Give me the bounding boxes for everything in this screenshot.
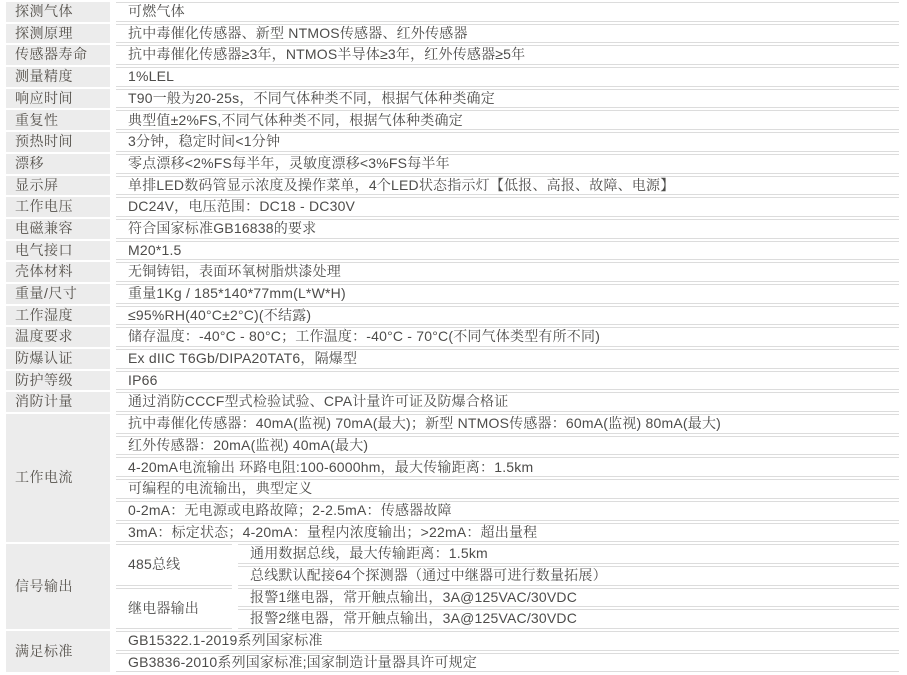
row-label-detected-gas: 探测气体: [6, 2, 110, 22]
row-value: ≤95%RH(40°C±2°C)(不结露): [116, 306, 899, 326]
spec-row: 温度要求 储存温度：-40°C - 80°C；工作温度：-40°C - 70°C…: [6, 327, 899, 347]
group-label-working-current: 工作电流: [6, 414, 110, 542]
row-label-housing-material: 壳体材料: [6, 262, 110, 282]
spec-row: 可编程的电流输出，典型定义: [6, 479, 899, 499]
row-value: 零点漂移<2%FS每半年，灵敏度漂移<3%FS每半年: [116, 154, 899, 174]
spec-row-group-working-current: 工作电流 抗中毒催化传感器：40mA(监视) 70mA(最大)；新型 NTMOS…: [6, 414, 899, 434]
row-value: 抗中毒催化传感器≥3年，NTMOS半导体≥3年，红外传感器≥5年: [116, 45, 899, 65]
row-value: 抗中毒催化传感器、新型 NTMOS传感器、红外传感器: [116, 24, 899, 44]
spec-row: 测量精度 1%LEL: [6, 67, 899, 87]
signal-output-line: 报警2继电器，常开触点输出，3A@125VAC/30VDC: [238, 609, 899, 629]
row-value: 1%LEL: [116, 67, 899, 87]
row-label-explosion-proof-cert: 防爆认证: [6, 349, 110, 369]
group-label-standards: 满足标准: [6, 631, 110, 672]
row-value: DC24V，电压范围：DC18 - DC30V: [116, 197, 899, 217]
spec-row: 0-2mA：无电源或电路故障；2-2.5mA：传感器故障: [6, 501, 899, 521]
row-label-accuracy: 测量精度: [6, 67, 110, 87]
row-label-response-time: 响应时间: [6, 89, 110, 109]
working-current-line: 红外传感器：20mA(监视) 40mA(最大): [116, 436, 899, 456]
row-label-display: 显示屏: [6, 176, 110, 196]
row-label-fire-metrology: 消防计量: [6, 392, 110, 412]
spec-row: 重量/尺寸 重量1Kg / 185*140*77mm(L*W*H): [6, 284, 899, 304]
row-value: 无铜铸铝，表面环氧树脂烘漆处理: [116, 262, 899, 282]
row-label-electrical-interface: 电气接口: [6, 241, 110, 261]
row-label-detection-principle: 探测原理: [6, 24, 110, 44]
group-label-signal-output: 信号输出: [6, 544, 110, 629]
spec-row: 预热时间 3分钟，稳定时间<1分钟: [6, 132, 899, 152]
spec-row: 探测原理 抗中毒催化传感器、新型 NTMOS传感器、红外传感器: [6, 24, 899, 44]
row-label-repeatability: 重复性: [6, 110, 110, 130]
working-current-line: 0-2mA：无电源或电路故障；2-2.5mA：传感器故障: [116, 501, 899, 521]
spec-row: 4-20mA电流输出 环路电阻:100-6000hm，最大传输距离：1.5km: [6, 457, 899, 477]
row-label-temperature-requirement: 温度要求: [6, 327, 110, 347]
spec-row: 防爆认证 Ex dIIC T6Gb/DIPA20TAT6，隔爆型: [6, 349, 899, 369]
working-current-line: 3mA：标定状态；4-20mA：量程内浓度输出；>22mA：超出量程: [116, 523, 899, 543]
spec-row: 重复性 典型值±2%FS,不同气体种类不同，根据气体种类确定: [6, 110, 899, 130]
row-value: 可燃气体: [116, 2, 899, 22]
spec-row: 响应时间 T90一般为20-25s，不同气体种类不同，根据气体种类确定: [6, 89, 899, 109]
row-value: 储存温度：-40°C - 80°C；工作温度：-40°C - 70°C(不同气体…: [116, 327, 899, 347]
row-label-operating-humidity: 工作湿度: [6, 306, 110, 326]
spec-row: GB3836-2010系列国家标准;国家制造计量器具许可规定: [6, 653, 899, 673]
spec-row: 工作电压 DC24V，电压范围：DC18 - DC30V: [6, 197, 899, 217]
working-current-line: 抗中毒催化传感器：40mA(监视) 70mA(最大)；新型 NTMOS传感器：6…: [116, 414, 899, 434]
spec-row: 电气接口 M20*1.5: [6, 241, 899, 261]
sub-label-485-bus: 485总线: [116, 544, 232, 585]
row-value: 单排LED数码管显示浓度及操作菜单，4个LED状态指示灯【低报、高报、故障、电源…: [116, 176, 899, 196]
spec-row: 红外传感器：20mA(监视) 40mA(最大): [6, 436, 899, 456]
spec-row: 传感器寿命 抗中毒催化传感器≥3年，NTMOS半导体≥3年，红外传感器≥5年: [6, 45, 899, 65]
standards-line: GB3836-2010系列国家标准;国家制造计量器具许可规定: [116, 653, 899, 673]
signal-output-line: 通用数据总线，最大传输距离：1.5km: [238, 544, 899, 564]
spec-row: 壳体材料 无铜铸铝，表面环氧树脂烘漆处理: [6, 262, 899, 282]
row-value: 重量1Kg / 185*140*77mm(L*W*H): [116, 284, 899, 304]
row-value: 典型值±2%FS,不同气体种类不同，根据气体种类确定: [116, 110, 899, 130]
spec-row: 电磁兼容 符合国家标准GB16838的要求: [6, 219, 899, 239]
row-value: Ex dIIC T6Gb/DIPA20TAT6，隔爆型: [116, 349, 899, 369]
spec-row: 漂移 零点漂移<2%FS每半年，灵敏度漂移<3%FS每半年: [6, 154, 899, 174]
working-current-line: 可编程的电流输出，典型定义: [116, 479, 899, 499]
row-label-protection-rating: 防护等级: [6, 371, 110, 391]
spec-row: 探测气体 可燃气体: [6, 2, 899, 22]
spec-row: 显示屏 单排LED数码管显示浓度及操作菜单，4个LED状态指示灯【低报、高报、故…: [6, 176, 899, 196]
row-label-operating-voltage: 工作电压: [6, 197, 110, 217]
sub-label-relay-output: 继电器输出: [116, 588, 232, 629]
row-value: T90一般为20-25s，不同气体种类不同，根据气体种类确定: [116, 89, 899, 109]
standards-line: GB15322.1-2019系列国家标准: [116, 631, 899, 651]
row-label-sensor-life: 传感器寿命: [6, 45, 110, 65]
row-value: 3分钟，稳定时间<1分钟: [116, 132, 899, 152]
row-label-emc: 电磁兼容: [6, 219, 110, 239]
row-label-warmup-time: 预热时间: [6, 132, 110, 152]
row-value: 符合国家标准GB16838的要求: [116, 219, 899, 239]
row-value: M20*1.5: [116, 241, 899, 261]
spec-table: 探测气体 可燃气体 探测原理 抗中毒催化传感器、新型 NTMOS传感器、红外传感…: [0, 0, 905, 674]
row-value: IP66: [116, 371, 899, 391]
spec-row: 消防计量 通过消防CCCF型式检验试验、CPA计量许可证及防爆合格证: [6, 392, 899, 412]
row-label-drift: 漂移: [6, 154, 110, 174]
row-label-weight-size: 重量/尺寸: [6, 284, 110, 304]
row-value: 通过消防CCCF型式检验试验、CPA计量许可证及防爆合格证: [116, 392, 899, 412]
signal-output-line: 报警1继电器，常开触点输出，3A@125VAC/30VDC: [238, 588, 899, 608]
signal-output-line: 总线默认配接64个探测器（通过中继器可进行数量拓展）: [238, 566, 899, 586]
spec-row-group-standards: 满足标准 GB15322.1-2019系列国家标准: [6, 631, 899, 651]
spec-row: 3mA：标定状态；4-20mA：量程内浓度输出；>22mA：超出量程: [6, 523, 899, 543]
spec-row: 防护等级 IP66: [6, 371, 899, 391]
spec-row-group-signal-output: 信号输出 485总线 通用数据总线，最大传输距离：1.5km: [6, 544, 899, 564]
working-current-line: 4-20mA电流输出 环路电阻:100-6000hm，最大传输距离：1.5km: [116, 457, 899, 477]
spec-row: 工作湿度 ≤95%RH(40°C±2°C)(不结露): [6, 306, 899, 326]
spec-row: 继电器输出 报警1继电器，常开触点输出，3A@125VAC/30VDC: [6, 588, 899, 608]
